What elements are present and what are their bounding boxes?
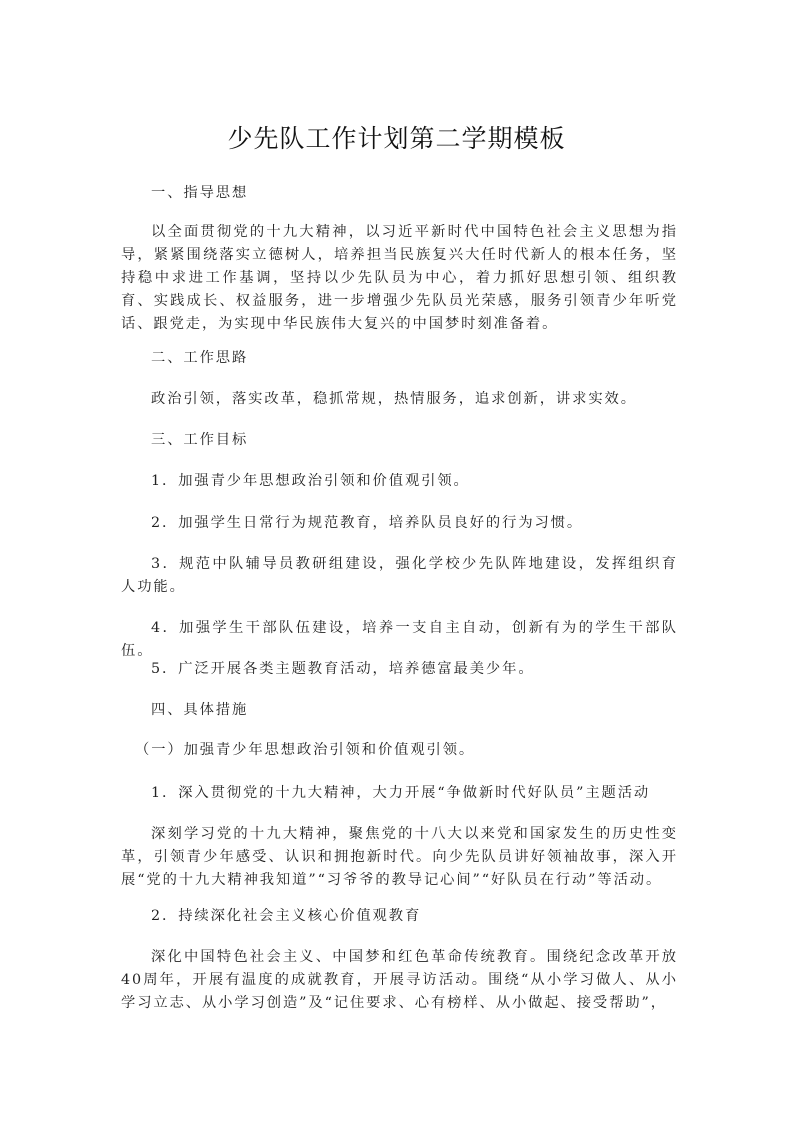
goal-item-1: 1．加强青少年思想政治引领和价值观引领。 [121, 470, 678, 493]
document-page: 少先队工作计划第二学期模板 一、指导思想 以全面贯彻党的十九大精神，以习近平新时… [0, 0, 793, 1122]
section-heading-work-goals: 三、工作目标 [121, 429, 678, 452]
measure-item-1-body: 深刻学习党的十九大精神，聚焦党的十八大以来党和国家发生的历史性变革，引领青少年感… [121, 823, 678, 892]
paragraph-guiding-ideology: 以全面贯彻党的十九大精神，以习近平新时代中国特色社会主义思想为指导，紧紧围绕落实… [121, 221, 678, 336]
measure-item-2-heading: 2．持续深化社会主义核心价值观教育 [121, 905, 678, 928]
goal-item-3: 3．规范中队辅导员教研组建设，强化学校少先队阵地建设，发挥组织育人功能。 [121, 553, 678, 599]
measure-item-2-body: 深化中国特色社会主义、中国梦和红色革命传统教育。围绕纪念改革开放40周年，开展有… [121, 946, 678, 1015]
measure-item-1-heading: 1．深入贯彻党的十九大精神，大力开展“争做新时代好队员”主题活动 [121, 782, 678, 805]
section-heading-work-approach: 二、工作思路 [121, 347, 678, 370]
section-heading-guiding-ideology: 一、指导思想 [121, 182, 678, 205]
paragraph-work-approach: 政治引领，落实改革，稳抓常规，热情服务，追求创新，讲求实效。 [121, 388, 678, 411]
document-title: 少先队工作计划第二学期模板 [0, 119, 793, 155]
goal-item-2: 2．加强学生日常行为规范教育，培养队员良好的行为习惯。 [121, 512, 678, 535]
goal-item-4: 4．加强学生干部队伍建设，培养一支自主自动，创新有为的学生干部队伍。 [121, 617, 678, 663]
goal-item-5: 5．广泛开展各类主题教育活动，培养德富最美少年。 [121, 658, 678, 681]
subsection-heading-1: （一）加强青少年思想政治引领和价值观引领。 [121, 739, 678, 762]
section-heading-specific-measures: 四、具体措施 [121, 699, 678, 722]
